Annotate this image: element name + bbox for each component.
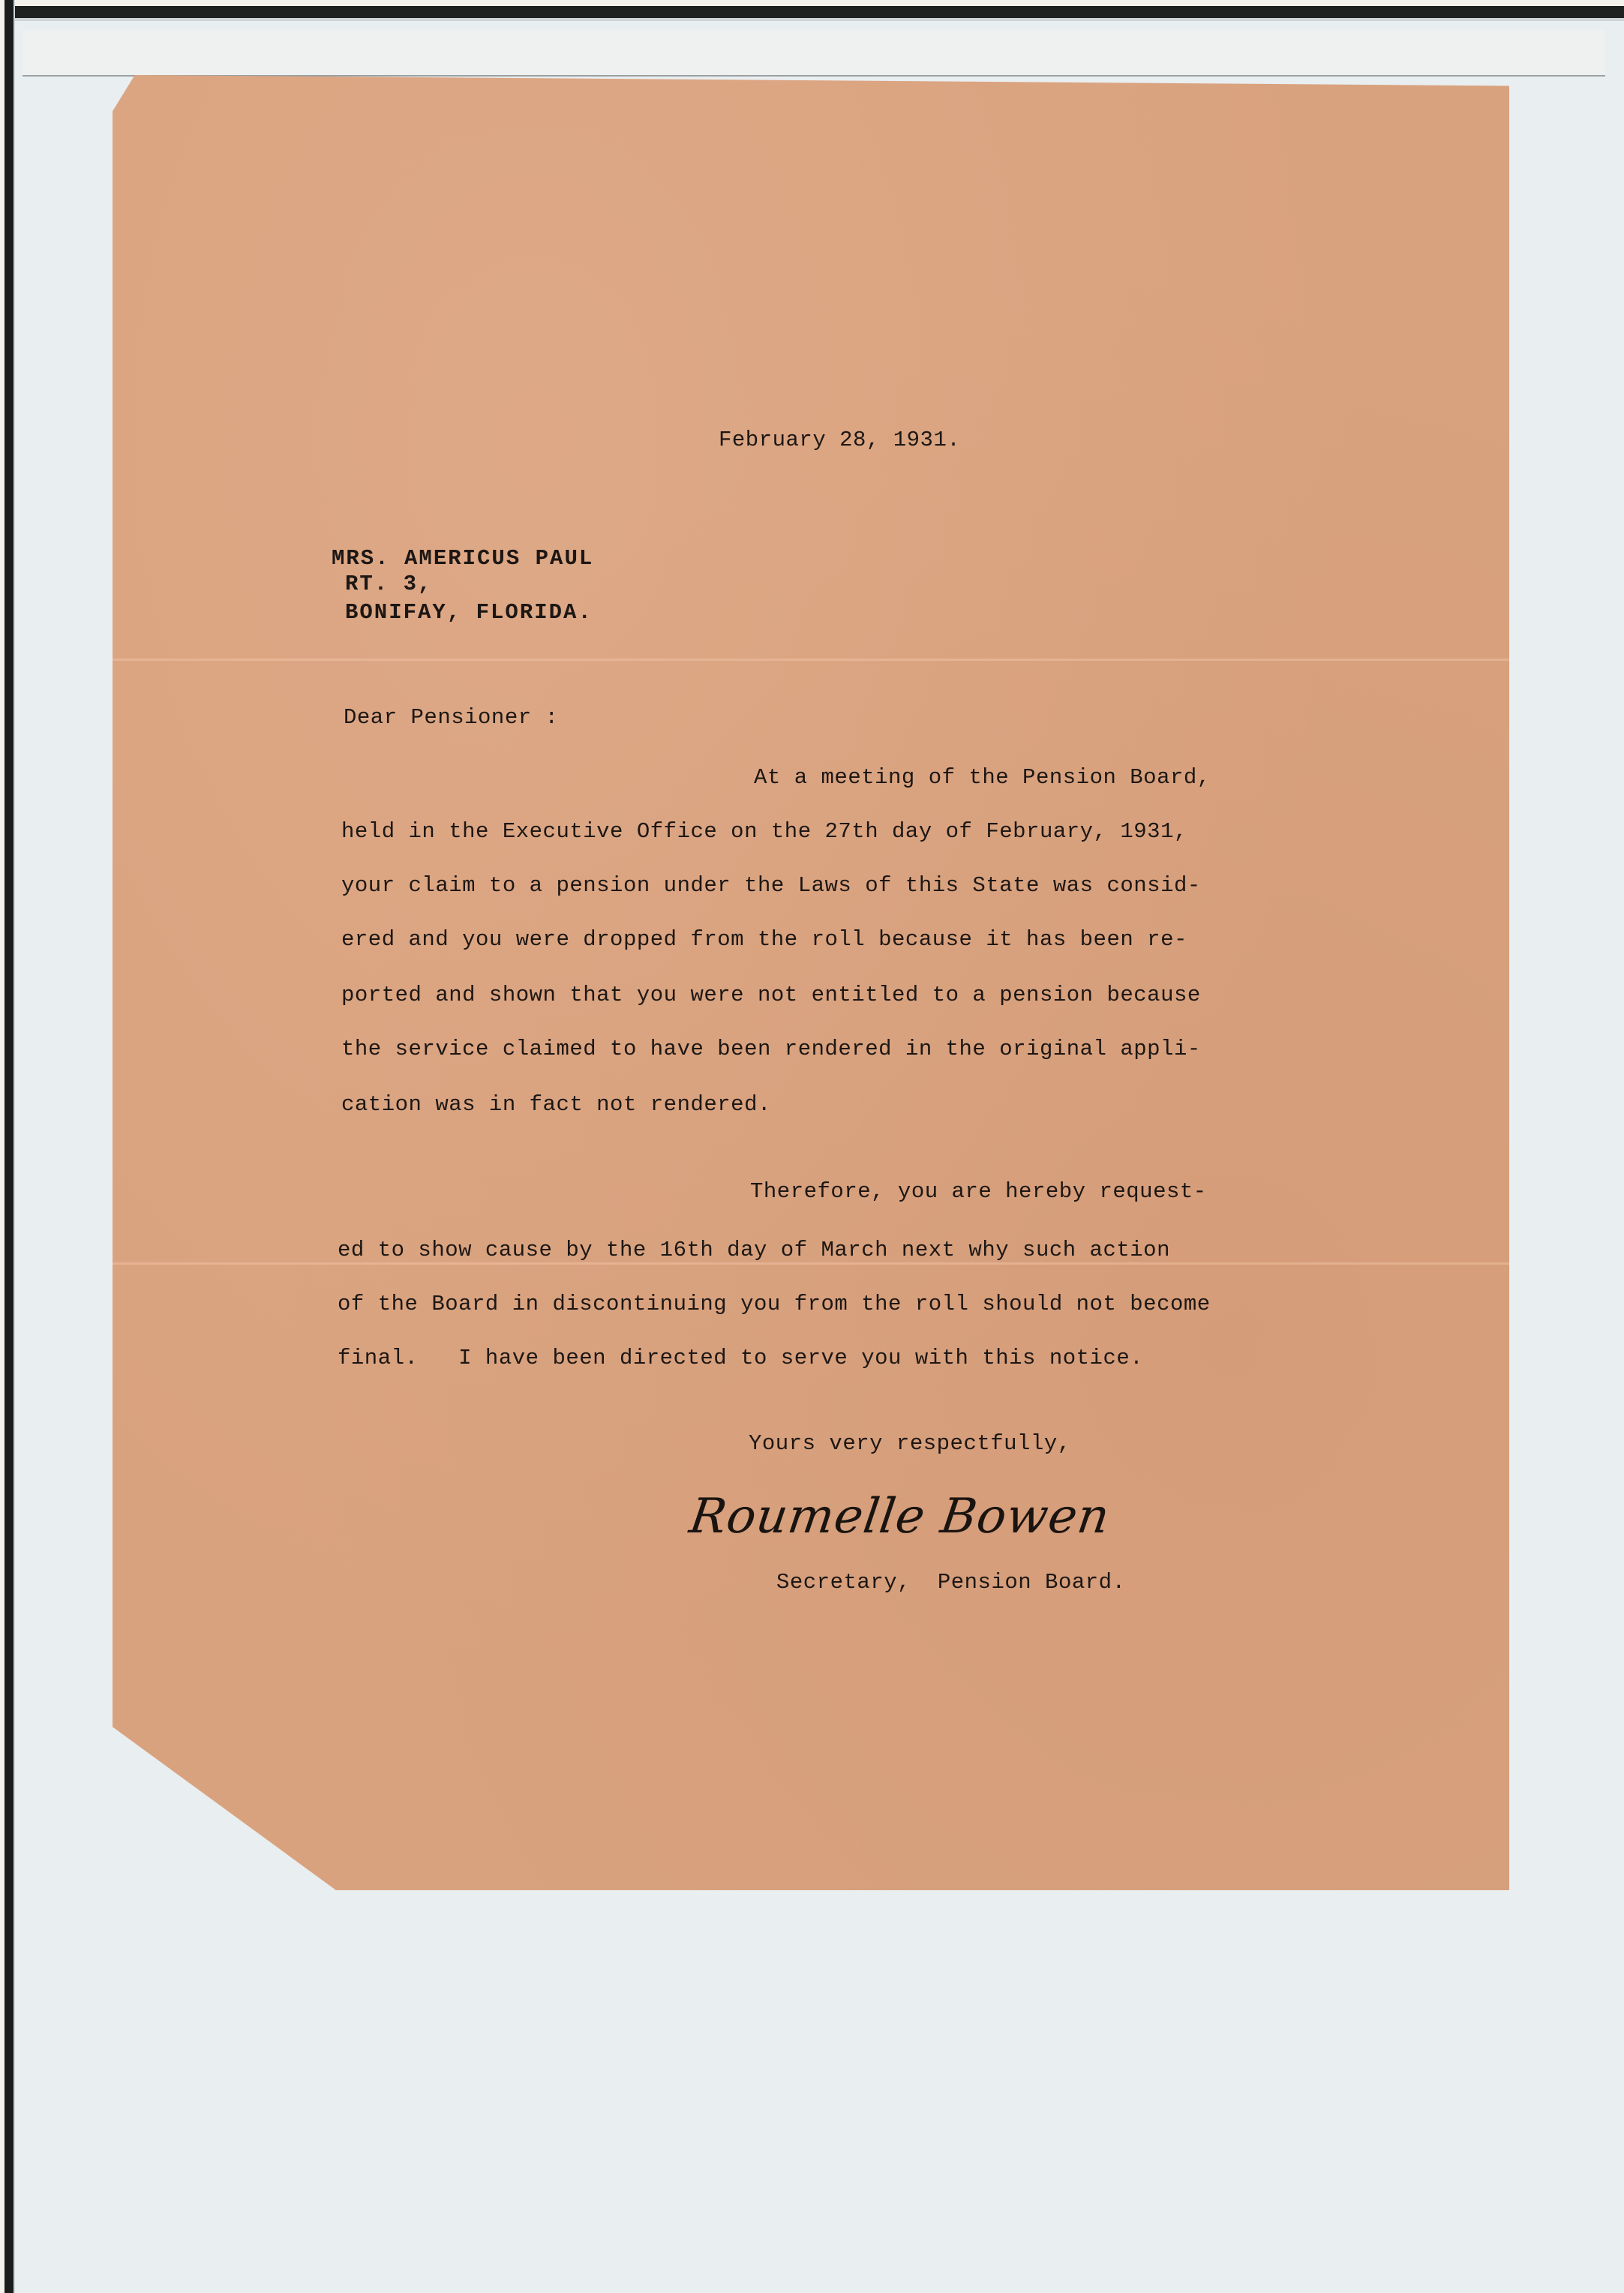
paragraph-line: ed to show cause by the 16th day of Marc… xyxy=(338,1238,1170,1262)
paragraph-line: final. I have been directed to serve you… xyxy=(338,1346,1143,1370)
paragraph-line: ported and shown that you were not entit… xyxy=(341,983,1201,1007)
signature: Roumelle Bowen xyxy=(686,1489,1113,1544)
scanner-frame-left xyxy=(0,0,15,2293)
mounting-strip xyxy=(23,30,1605,77)
letter-date: February 28, 1931. xyxy=(719,428,960,452)
addressee-city: BONIFAY, FLORIDA. xyxy=(345,600,593,625)
paragraph-line: ered and you were dropped from the roll … xyxy=(341,927,1187,952)
signer-title: Secretary, Pension Board. xyxy=(776,1570,1125,1595)
paragraph-line: At a meeting of the Pension Board, xyxy=(754,765,1211,790)
addressee-name: MRS. AMERICUS PAUL xyxy=(332,546,593,571)
paragraph-line: held in the Executive Office on the 27th… xyxy=(341,819,1187,844)
paragraph-line: the service claimed to have been rendere… xyxy=(341,1037,1201,1061)
paragraph-line: Therefore, you are hereby request- xyxy=(750,1179,1207,1204)
paragraph-line: of the Board in discontinuing you from t… xyxy=(338,1292,1211,1316)
paragraph-line: your claim to a pension under the Laws o… xyxy=(341,873,1201,898)
addressee-route: RT. 3, xyxy=(345,572,432,596)
closing: Yours very respectfully, xyxy=(749,1431,1071,1456)
paper-fold-crease xyxy=(113,659,1509,661)
paragraph-line: cation was in fact not rendered. xyxy=(341,1092,771,1117)
scanner-frame-top xyxy=(0,0,1624,21)
paper-fold-crease xyxy=(113,1262,1509,1265)
salutation: Dear Pensioner : xyxy=(344,705,558,730)
